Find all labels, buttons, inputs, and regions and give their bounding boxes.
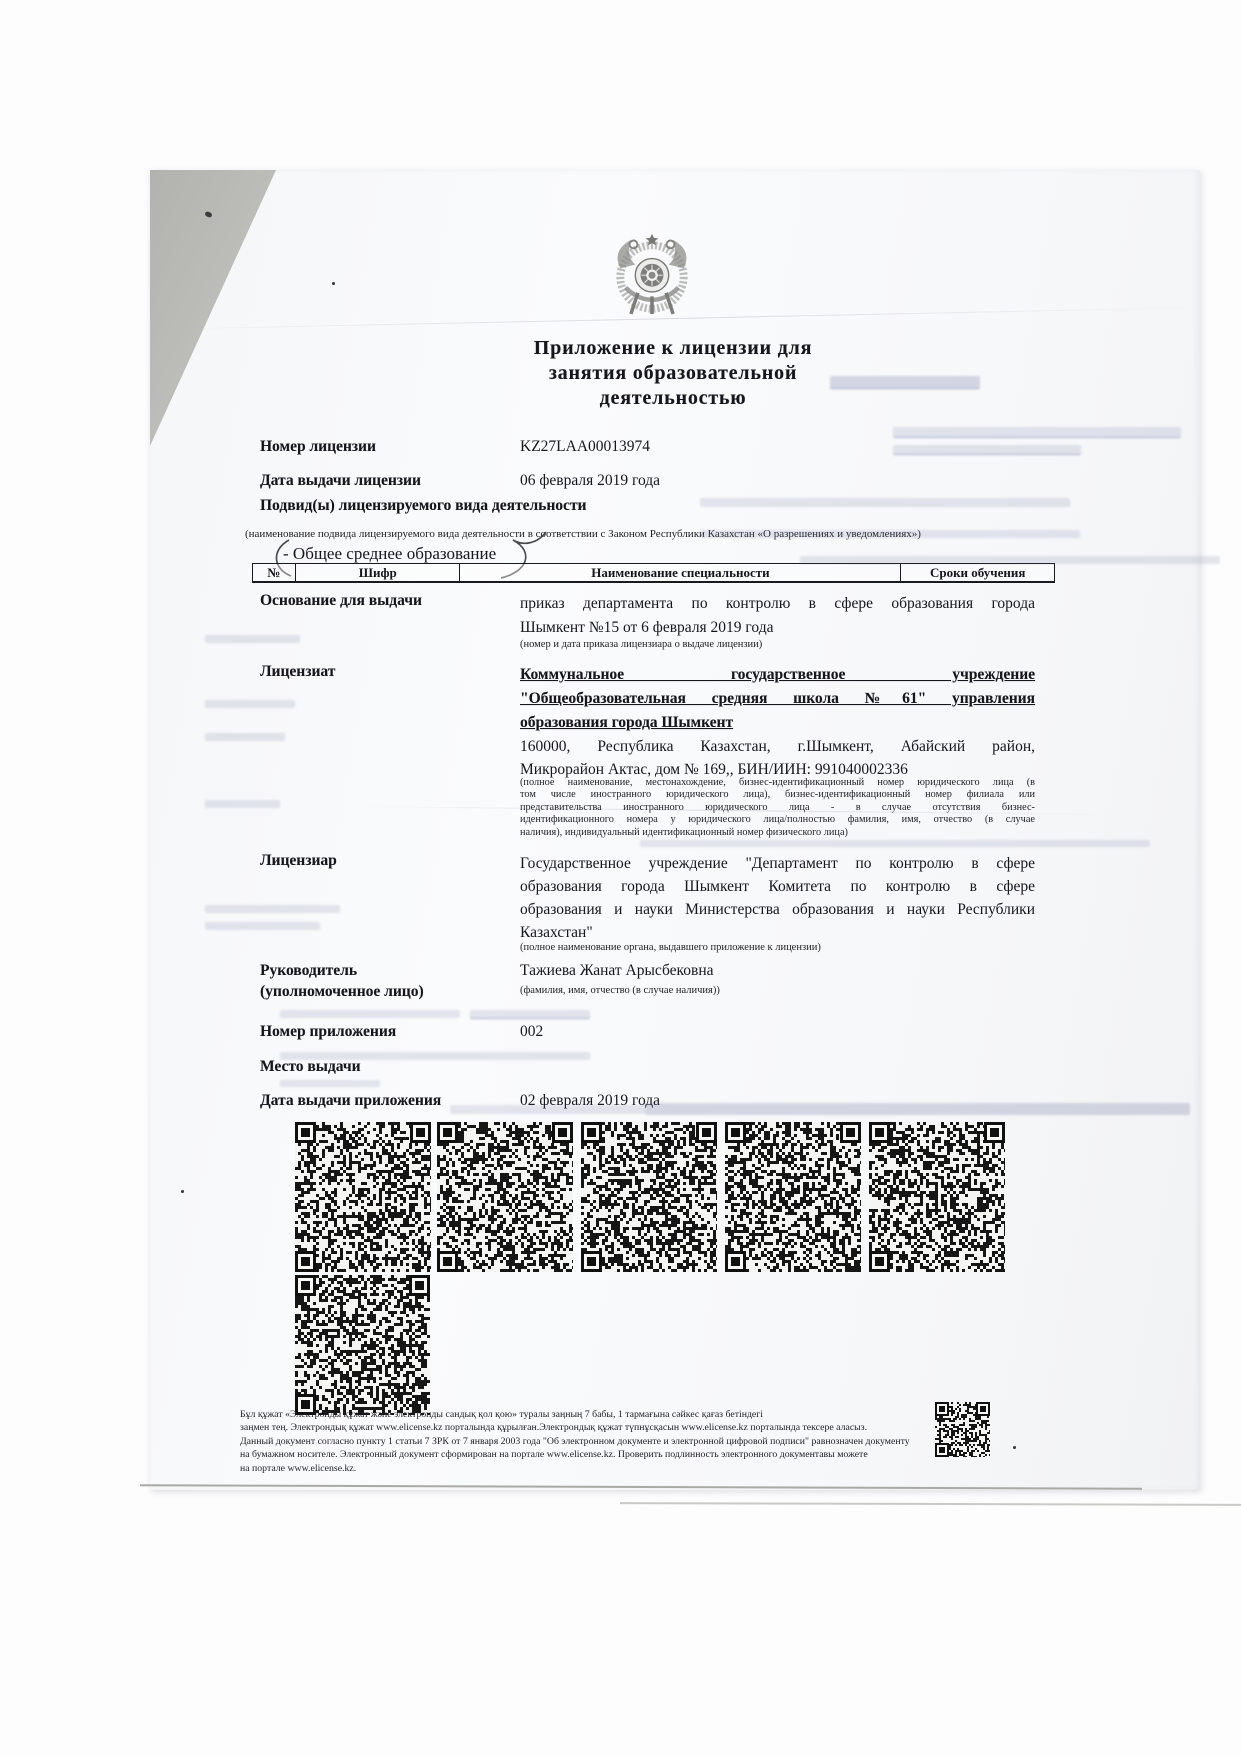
footnote-line: Бұл құжат «Электронды құжат және электро… (240, 1408, 930, 1421)
bleed-through-artifact (700, 530, 1080, 538)
licensor-name-line: образования и науки Министерства образов… (520, 898, 1035, 922)
bleed-through-artifact (205, 733, 285, 741)
table-header-duration: Сроки обучения (901, 564, 1054, 581)
bleed-through-artifact (640, 840, 1150, 847)
ink-speck (181, 1190, 184, 1193)
table-header-cipher: Шифр (296, 564, 461, 581)
licensor-name-line: Государственное учреждение "Департамент … (520, 852, 1035, 876)
basis-line: Шымкент №15 от 6 февраля 2019 года (520, 616, 1035, 640)
licensee-address-line: 160000, Республика Казахстан, г.Шымкент,… (520, 735, 1035, 759)
licensee-name-line: "Общеобразовательная средняя школа №61" … (520, 687, 1035, 711)
page-edge-line (620, 1502, 1241, 1506)
licensor-name-line: образования города Шымкент Комитета по к… (520, 875, 1035, 899)
basis-note: (номер и дата приказа лицензиара о выдач… (520, 639, 1035, 650)
bleed-through-artifact (205, 800, 280, 808)
bleed-through-artifact (280, 1052, 590, 1060)
ink-speck (1013, 1446, 1016, 1449)
licensee-note-line: том числе иностранного юридического лица… (520, 789, 1035, 801)
head-label: Руководитель (260, 962, 357, 980)
footnote-line: на портале www.elicense.kz. (240, 1462, 930, 1475)
licensor-label: Лицензиар (260, 852, 337, 870)
qr-code (725, 1122, 861, 1272)
qr-code (295, 1275, 430, 1415)
appendix-number-label: Номер приложения (260, 1023, 396, 1041)
bleed-through-artifact (893, 445, 1081, 455)
licensor-note: (полное наименование органа, выдавшего п… (520, 942, 1035, 953)
licensor-name-line: Казахстан" (520, 921, 1035, 945)
license-date-value: 06 февраля 2019 года (520, 472, 660, 490)
license-appendix-page: Приложение к лицензии для занятия образо… (150, 170, 1200, 1490)
basis-label: Основание для выдачи (260, 592, 422, 610)
bleed-through-artifact (830, 376, 980, 389)
licensee-label: Лицензиат (260, 663, 335, 681)
footnote-line: заңмен тең. Электрондық құжат www.elicen… (240, 1421, 930, 1434)
appendix-date-label: Дата выдачи приложения (260, 1092, 441, 1110)
qr-code (295, 1122, 431, 1272)
bleed-through-artifact (205, 700, 295, 708)
issue-place-label: Место выдачи (260, 1058, 361, 1076)
bleed-through-artifact (205, 905, 340, 913)
bleed-through-artifact (205, 635, 300, 643)
footnote-line: на бумажном носителе. Электронный докуме… (240, 1448, 930, 1461)
bleed-through-artifact (470, 1010, 590, 1019)
license-number-value: KZ27LAA00013974 (520, 438, 650, 456)
qr-code (437, 1122, 573, 1272)
title-line: занятия образовательной (513, 361, 833, 386)
bleed-through-artifact (893, 427, 1181, 438)
license-date-label: Дата выдачи лицензии (260, 472, 421, 490)
bleed-through-artifact (205, 922, 320, 930)
title-line: Приложение к лицензии для (513, 336, 833, 361)
table-header-number: № (253, 564, 296, 581)
page-corner-fold (150, 170, 276, 446)
bleed-through-artifact (280, 1080, 380, 1087)
electronic-document-footnote: Бұл құжат «Электронды құжат және электро… (240, 1408, 930, 1475)
head-name: Тажиева Жанат Арысбековна (520, 962, 714, 980)
qr-code (581, 1122, 717, 1272)
licensee-note-line: представительства иностранного юридическ… (520, 802, 1035, 814)
licensee-name-line: образования города Шымкент (520, 711, 1035, 735)
table-header-specialty: Наименование специальности (460, 564, 901, 581)
bleed-through-artifact (645, 1103, 1190, 1115)
qr-code (869, 1122, 1005, 1272)
title-line: деятельностью (513, 386, 833, 411)
bleed-through-artifact (280, 1010, 460, 1018)
head-note: (фамилия, имя, отчество (в случае наличи… (520, 985, 1035, 996)
licensee-note-line: наличия), индивидуальный идентификационн… (520, 827, 1035, 839)
bleed-through-artifact (700, 498, 1070, 507)
kazakhstan-emblem-icon (608, 233, 696, 321)
licensee-name-line: Коммунальное государственное учреждение (520, 663, 1035, 687)
license-number-label: Номер лицензии (260, 438, 376, 456)
appendix-number-value: 002 (520, 1023, 543, 1041)
footnote-line: Данный документ согласно пункту 1 статьи… (240, 1435, 930, 1448)
scanned-document-canvas: Приложение к лицензии для занятия образо… (0, 0, 1241, 1755)
bleed-through-artifact (800, 556, 1220, 564)
licensee-note-line: (полное наименование, местонахождение, б… (520, 777, 1035, 789)
licensee-note-line: идентификационного номера у юридического… (520, 814, 1035, 826)
document-title: Приложение к лицензии для занятия образо… (513, 336, 833, 411)
specialties-table: № Шифр Наименование специальности Сроки … (252, 563, 1055, 583)
basis-line: приказ департамента по контролю в сфере … (520, 592, 1035, 616)
ink-speck (332, 282, 335, 285)
head-label: (уполномоченное лицо) (260, 983, 424, 1001)
subtype-heading: Подвид(ы) лицензируемого вида деятельнос… (260, 497, 586, 515)
bleed-through-artifact (450, 1105, 645, 1114)
verification-qr-code (935, 1402, 990, 1457)
